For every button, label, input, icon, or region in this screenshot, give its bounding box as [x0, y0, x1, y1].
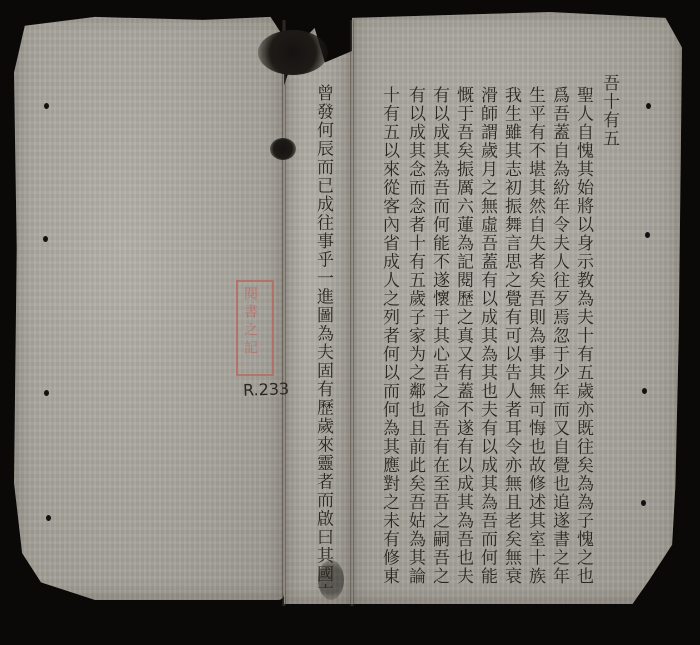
text-column: 慨于吾矣振厲六蓮為記閱歷之真又有蓋不遂有以成其為吾也夫十道: [450, 86, 476, 584]
binding-hole: [642, 388, 647, 394]
text-column: 聖人自愧其始將以身示教為夫十有五歲亦既往矣為為子愧之也亦曰吾之: [570, 86, 596, 584]
text-column: 爲吾蓋自為紛年令夫人往歹焉忽于少年而又自覺也追遂書之年各念: [546, 86, 572, 584]
binding-hole: [46, 515, 51, 521]
text-column: 有以成其念而念者十有五歲子家为之鄰也且前此矣吾姑為其論男: [402, 86, 428, 584]
binding-hole: [44, 103, 49, 109]
binding-hole: [646, 103, 651, 109]
strip-text-column: 曾發何辰而已成往事乎一進圖為夫固有歷歲來靈者而啟曰其國志之耶: [310, 84, 336, 588]
fold-line-left: [282, 20, 286, 606]
worm-hole: [270, 138, 296, 160]
page-title: 吾十有五: [596, 74, 622, 154]
text-column: 我生雖其志初振舞言思之覺有可以告人者耳令亦無且老矣無衰自: [498, 86, 524, 584]
text-column: 生平有不堪其然自失者矣吾則為事其無可悔也故修述其室十族基: [522, 86, 548, 584]
top-tear-stain: [258, 30, 328, 75]
binding-hole: [44, 390, 49, 396]
text-column: 十有五以來從客內省成人之列者何以而何為其應對之未有修東注于今: [376, 86, 402, 584]
binding-hole: [43, 236, 48, 242]
collector-seal: 閱書之記: [236, 280, 274, 376]
seal-text: 閱書之記: [240, 286, 260, 358]
text-column: 滑師謂歲月之無虛吾蓋有以成其為其也夫有以成其為吾而何能不深: [474, 86, 500, 584]
shelfmark-label: R.233: [243, 379, 290, 400]
binding-hole: [645, 232, 650, 238]
binding-hole: [641, 500, 646, 506]
fold-line-right: [350, 20, 354, 606]
text-column: 有以成其為吾而何能不遂懷于其心吾之命吾有在至吾之嗣吾之矣: [426, 86, 452, 584]
